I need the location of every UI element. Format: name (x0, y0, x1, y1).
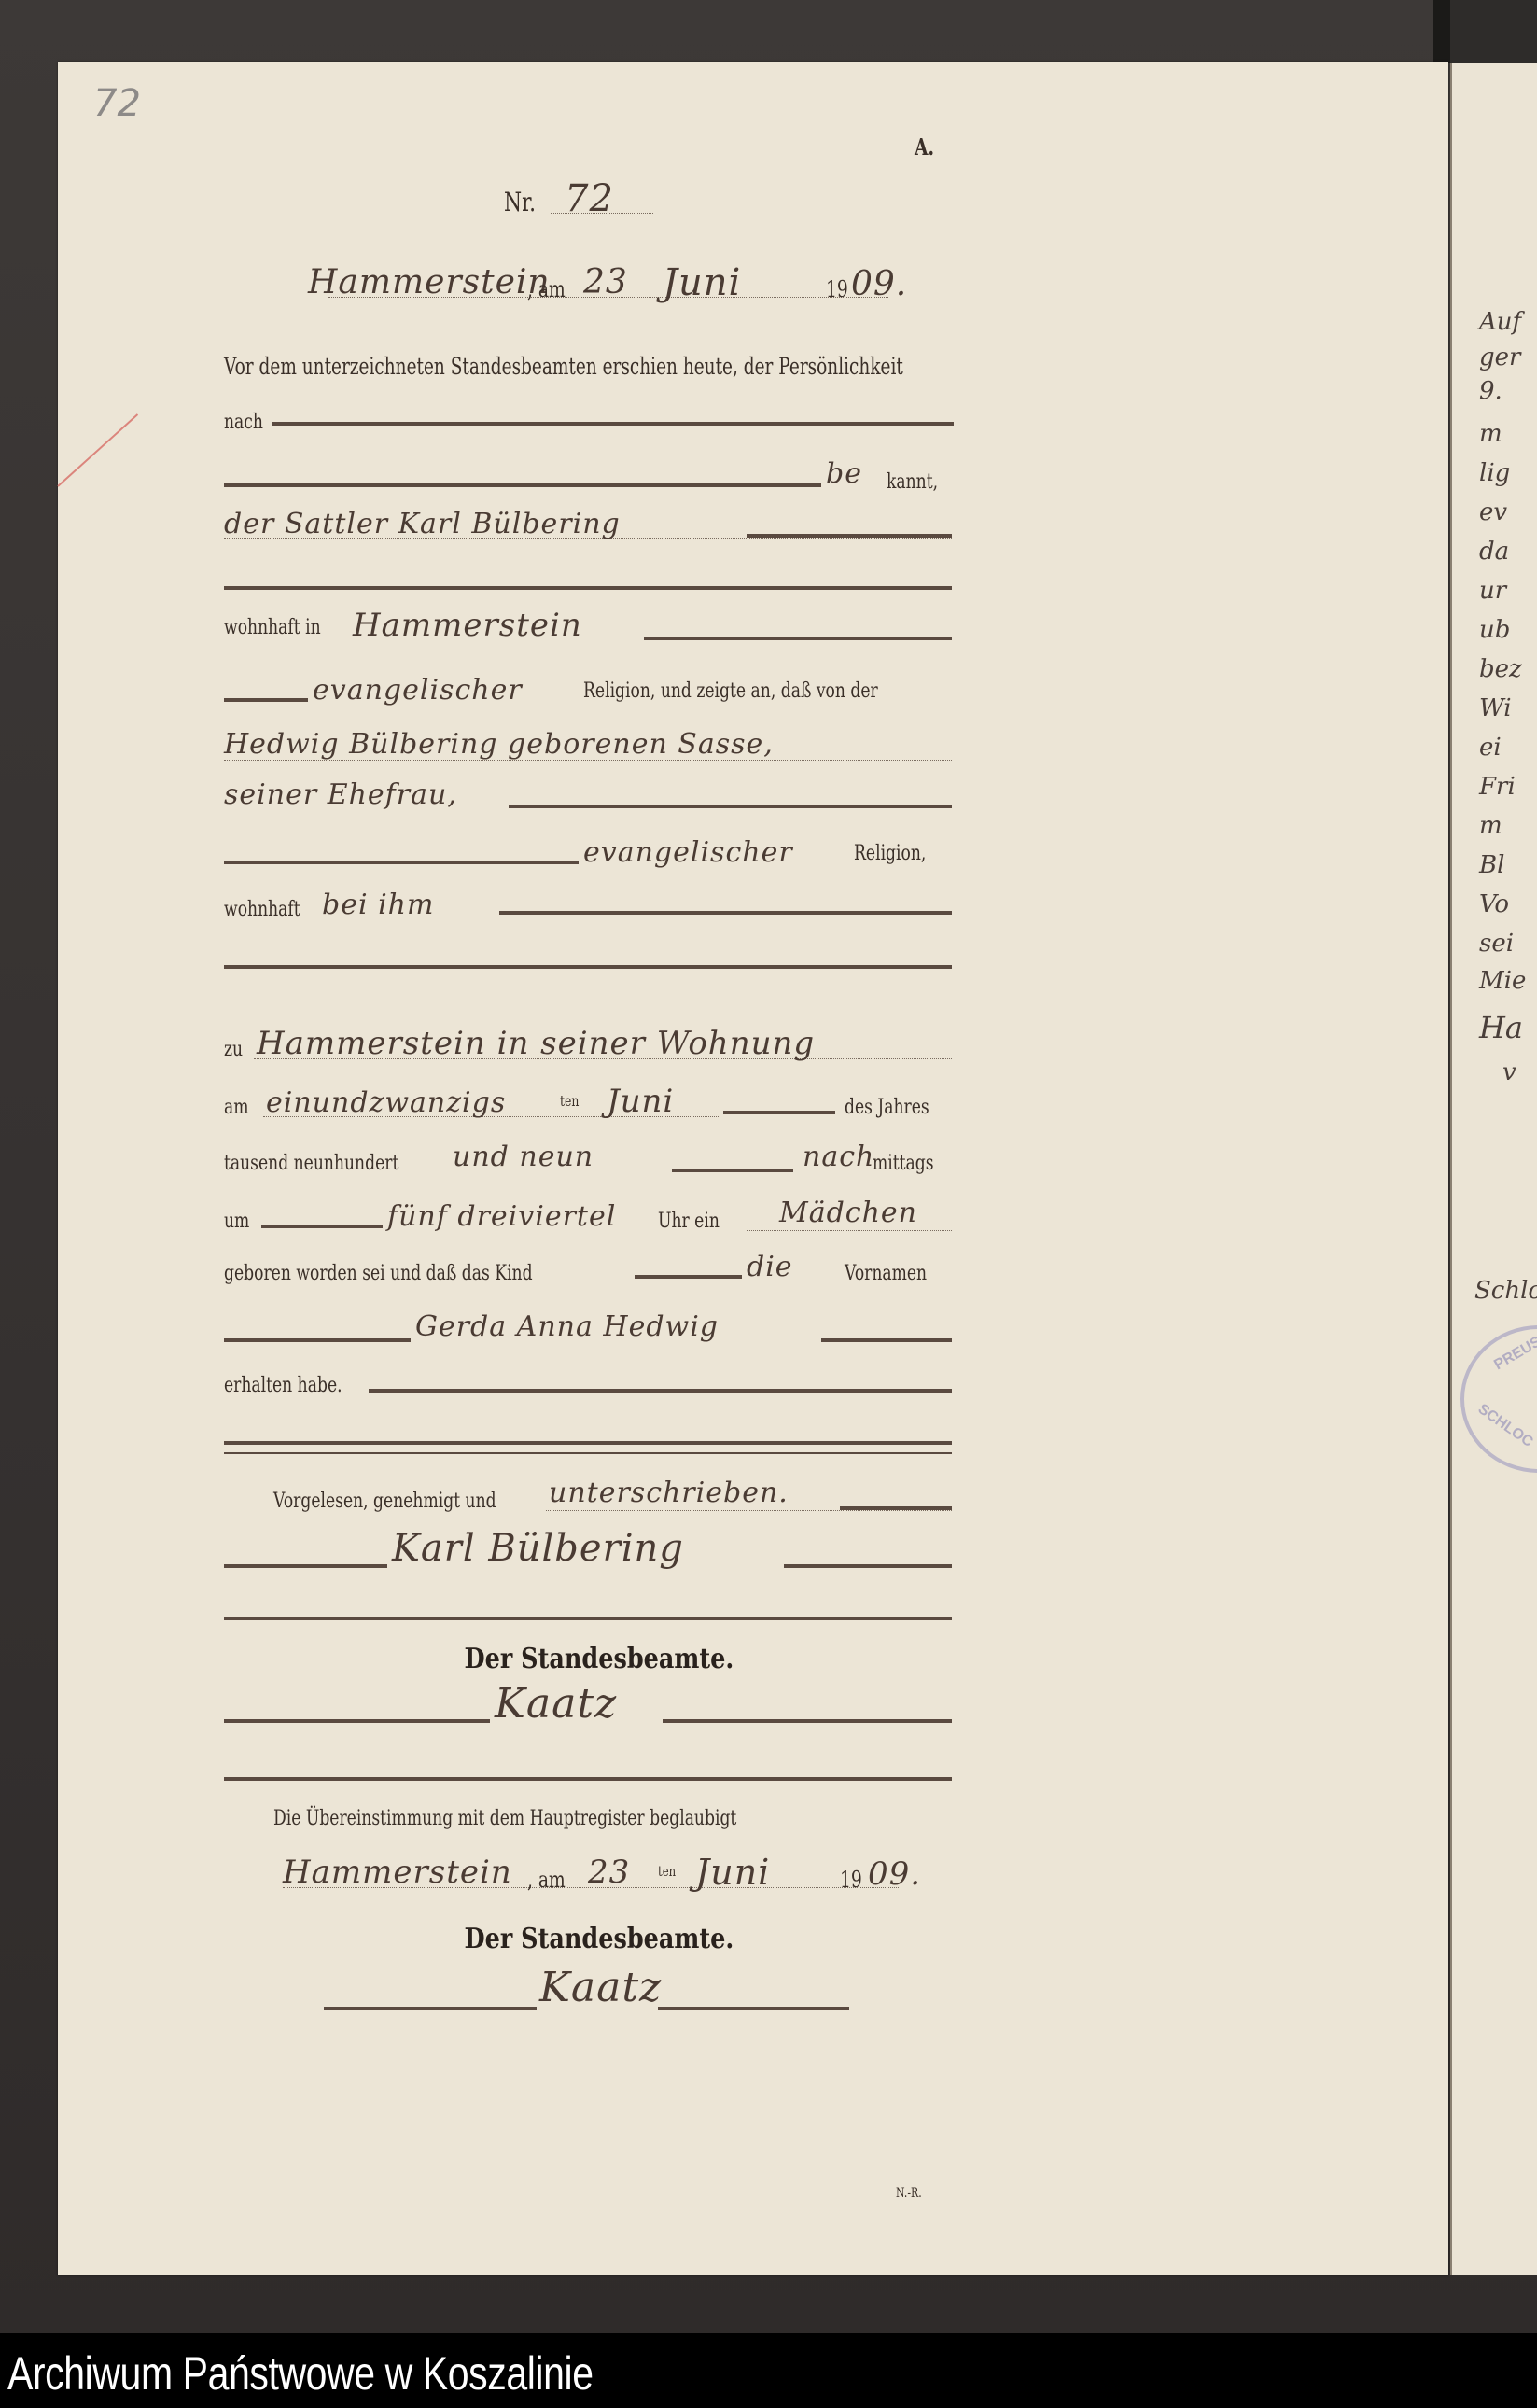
fill-line (224, 1719, 490, 1723)
fill-line (840, 1506, 952, 1510)
next-page-line: lig (1479, 459, 1510, 487)
next-page-line: m (1479, 812, 1502, 840)
ten-suffix: ten (560, 1092, 579, 1110)
uhr-ein: Uhr ein (658, 1210, 720, 1233)
fill-line (224, 1617, 952, 1620)
birth-year: und neun (453, 1141, 594, 1173)
next-page-line: Mie (1479, 967, 1526, 995)
mother-relation: seiner Ehefrau, (224, 778, 457, 811)
fill-line (644, 637, 952, 640)
fill-line (747, 534, 952, 538)
fill-line (224, 1777, 952, 1781)
geboren-text: geboren worden sei und daß das Kind (224, 1262, 533, 1285)
wohnhaft-in-value: Hammerstein (353, 607, 582, 644)
informant-signature: Karl Bülbering (392, 1527, 684, 1570)
erhalten-label: erhalten habe. (224, 1374, 342, 1397)
fill-line (261, 1225, 383, 1228)
cert-year-suffix: 09. (868, 1855, 921, 1893)
fill-line (509, 805, 952, 808)
birth-day: einundzwanzigs (266, 1086, 506, 1119)
place: Hammerstein (308, 263, 551, 301)
archive-banner: Archiwum Państwowe w Koszalinie (0, 2333, 1537, 2408)
birth-month: Juni (607, 1083, 674, 1120)
year-suffix: 09. (851, 265, 907, 303)
fill-line (224, 1338, 411, 1342)
birth-time: fünf dreiviertel (387, 1200, 616, 1233)
certification-text: Die Übereinstimmung mit dem Hauptregiste… (273, 1807, 736, 1830)
bekannt-print: kannt, (887, 470, 938, 494)
child-sex: Mädchen (779, 1197, 917, 1229)
binding-edge (1433, 0, 1450, 63)
next-page-closing: Schlo (1474, 1277, 1537, 1305)
next-page-line: m (1479, 420, 1502, 448)
intro-text: Vor dem unterzeichneten Standesbeamten e… (224, 353, 903, 380)
nach-label: nach (224, 411, 263, 434)
next-page-line: Bl (1479, 851, 1504, 879)
fill-line (224, 1441, 952, 1445)
day: 23 (583, 263, 628, 301)
registrar-signature-1: Kaatz (495, 1680, 617, 1728)
fill-line (272, 422, 954, 426)
next-page-line: Fri (1479, 773, 1516, 801)
fill-line (723, 1111, 835, 1114)
religion-value-2: evangelischer (583, 836, 793, 869)
next-page-line: Wi (1479, 694, 1512, 722)
informant: der Sattler Karl Bülbering (224, 508, 621, 540)
mittags: mittags (873, 1152, 934, 1175)
next-page-line: ub (1479, 616, 1510, 644)
registrar-heading-1: Der Standesbeamte. (465, 1643, 703, 1675)
next-page-line: Auf (1479, 308, 1521, 336)
religion-value-1: evangelischer (313, 674, 523, 707)
cert-place: Hammerstein (283, 1854, 512, 1891)
wohnhaft-value: bei ihm (322, 889, 434, 921)
fill-line (672, 1169, 793, 1172)
next-page-line: ger (1479, 343, 1520, 371)
stamp-text-bottom: SCHLOC (1474, 1401, 1536, 1450)
fill-line (324, 2007, 537, 2010)
form-letter: A. (915, 133, 934, 161)
cert-ten: ten (658, 1863, 676, 1880)
cert-month: Juni (695, 1852, 770, 1893)
dotted-line (546, 1510, 952, 1511)
fill-line (224, 1452, 952, 1454)
des-jahres: des Jahres (845, 1096, 929, 1119)
fill-line (635, 1275, 742, 1279)
next-page-line: Ha (1479, 1010, 1523, 1045)
fill-line (821, 1338, 952, 1342)
mother: Hedwig Bülbering geborenen Sasse, (224, 728, 774, 761)
next-page-line: bez (1479, 655, 1522, 683)
fill-line (369, 1389, 952, 1393)
fill-line (499, 911, 952, 915)
next-page-line: v (1502, 1058, 1516, 1086)
am-label: am (224, 1096, 249, 1119)
next-page-line: Vo (1479, 890, 1509, 918)
child-names: Gerda Anna Hedwig (415, 1310, 719, 1343)
registrar-heading-2: Der Standesbeamte. (465, 1923, 703, 1955)
cert-day: 23 (588, 1854, 630, 1891)
vorgelesen-label: Vorgelesen, genehmigt und (273, 1490, 496, 1513)
archive-name: Archiwum Państwowe w Koszalinie (7, 2346, 594, 2401)
next-page-line: ev (1479, 498, 1507, 526)
zu-label: zu (224, 1038, 243, 1061)
next-page-line: 9. (1479, 377, 1502, 405)
fill-line (224, 861, 579, 864)
unterschrieben: unterschrieben. (549, 1477, 789, 1509)
next-page-line: sei (1479, 930, 1514, 958)
wohnhaft-label: wohnhaft (224, 898, 300, 921)
year-prefix: 19 (826, 276, 848, 302)
wohnhaft-in-label: wohnhaft in (224, 616, 321, 639)
next-page-line: ur (1479, 577, 1506, 605)
fill-line (224, 483, 821, 487)
next-page-cover (1450, 0, 1537, 63)
cert-year-prefix: 19 (840, 1867, 862, 1893)
um-label: um (224, 1210, 249, 1233)
next-page-line: ei (1479, 734, 1502, 762)
nach-handwritten: nach (803, 1141, 874, 1173)
religion-text-1: Religion, und zeigte an, daß von der (583, 679, 878, 703)
record-number: 72 (565, 177, 614, 220)
dotted-line (747, 1230, 952, 1231)
tausend-label: tausend neunhundert (224, 1152, 398, 1175)
registrar-signature-2: Kaatz (539, 1964, 662, 2011)
religion-text-2: Religion, (854, 842, 926, 865)
die-handwritten: die (747, 1251, 793, 1283)
record-number-label: Nr. (504, 187, 536, 217)
fill-line (224, 965, 952, 969)
fill-line (784, 1564, 952, 1568)
footer-mark: N.-R. (896, 2186, 922, 2201)
bekannt-handwritten: be (826, 457, 862, 490)
next-page-line: da (1479, 538, 1509, 566)
cert-am: , am (527, 1867, 566, 1893)
fill-line (224, 1564, 387, 1568)
margin-page-number: 72 (93, 82, 141, 125)
fill-line (224, 586, 952, 590)
birth-place: Hammerstein in seiner Wohnung (257, 1025, 815, 1062)
fill-line (663, 1719, 952, 1723)
fill-line (658, 2007, 849, 2010)
am-label: , am (527, 276, 566, 302)
vornamen-label: Vornamen (845, 1262, 927, 1285)
fill-line (224, 698, 308, 702)
month: Juni (663, 261, 741, 304)
